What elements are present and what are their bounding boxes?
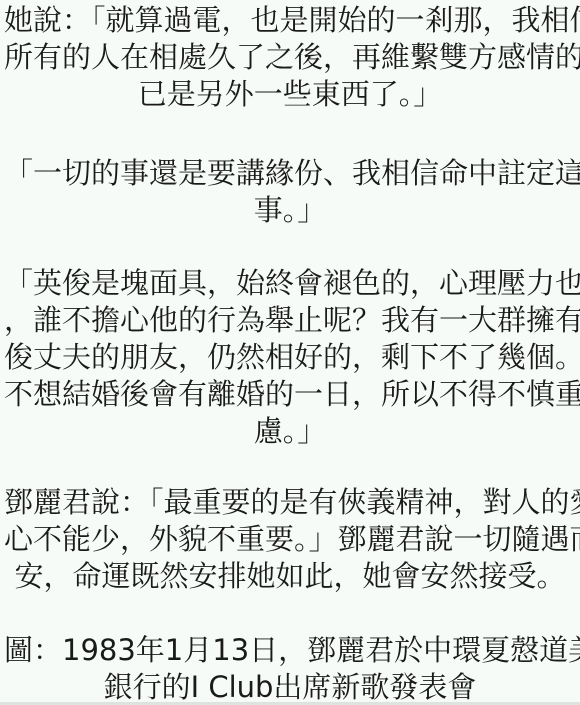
text-line: 已是另外一些東西了。」 xyxy=(4,76,576,113)
text-line: 「英俊是塊面具，始終會褪色的，心理壓力也大 xyxy=(4,265,576,302)
text-line: 俊丈夫的朋友，仍然相好的，剩下不了幾個。我 xyxy=(4,339,576,376)
text-line: 安，命運既然安排她如此，她會安然接受。 xyxy=(4,558,576,595)
text-line: 慮。」 xyxy=(4,413,576,450)
text-line: 不想結婚後會有離婚的一日，所以不得不慎重考 xyxy=(4,376,576,413)
text-line: 她說：「就算過電，也是開始的一剎那，我相信 xyxy=(4,2,576,39)
caption-line: 圖：1983年1月13日，鄧麗君於中環夏慤道美國 xyxy=(4,632,576,669)
text-line: 心不能少，外貌不重要。」鄧麗君說一切隨遇而 xyxy=(4,521,576,558)
quote-paragraph-4: 鄧麗君說：「最重要的是有俠義精神，對人的愛 心不能少，外貌不重要。」鄧麗君說一切… xyxy=(4,484,576,595)
text-line: 事。」 xyxy=(4,192,576,229)
text-line: 「一切的事還是要講緣份、我相信命中註定這回 xyxy=(4,155,576,192)
text-line: 所有的人在相處久了之後，再維繫雙方感情的， xyxy=(4,39,576,76)
text-line: ，誰不擔心他的行為舉止呢？我有一大群擁有英 xyxy=(4,302,576,339)
quote-paragraph-1: 她說：「就算過電，也是開始的一剎那，我相信 所有的人在相處久了之後，再維繫雙方感… xyxy=(4,2,576,113)
photo-caption: 圖：1983年1月13日，鄧麗君於中環夏慤道美國 銀行的I Club出席新歌發表… xyxy=(4,632,576,705)
quote-paragraph-3: 「英俊是塊面具，始終會褪色的，心理壓力也大 ，誰不擔心他的行為舉止呢？我有一大群… xyxy=(4,265,576,450)
caption-line: 銀行的I Club出席新歌發表會 xyxy=(4,669,576,705)
quote-paragraph-2: 「一切的事還是要講緣份、我相信命中註定這回 事。」 xyxy=(4,155,576,229)
text-line: 鄧麗君說：「最重要的是有俠義精神，對人的愛 xyxy=(4,484,576,521)
